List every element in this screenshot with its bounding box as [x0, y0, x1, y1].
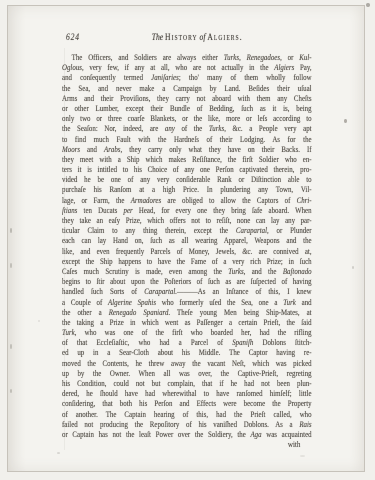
text-segment: and conſequently termed — [62, 72, 151, 82]
text-segment: ; tho' many of them wholly follow — [179, 72, 312, 82]
text-segment: dered, he ſhould have had wherewithal to… — [62, 388, 312, 398]
text-line: only two or three coarſe Blankets, or th… — [62, 113, 312, 123]
text-segment: the other a — [62, 307, 109, 317]
text-segment: failed not producing the Repoſitory of h… — [62, 419, 299, 429]
text-segment: Chri- — [297, 195, 312, 205]
text-segment: Turks — [209, 123, 224, 133]
text-line: or Captain has not the leaſt Power over … — [62, 429, 312, 439]
text-segment: Arms and their Proviſions, they carry no… — [62, 93, 312, 103]
text-segment: &c. — [242, 246, 252, 256]
text-segment: Renegado Spaniard — [109, 307, 169, 317]
ink-speck — [10, 344, 12, 349]
text-segment: and — [296, 297, 312, 307]
text-segment: up by the Owner. When all was over, the … — [62, 368, 312, 378]
text-line: Caſes much Scrutiny is made, even among … — [62, 266, 312, 276]
text-segment: handled ſuch Sorts of — [62, 286, 144, 296]
text-line: Oglous, very few, if any at all, who are… — [62, 62, 312, 72]
ink-speck — [352, 266, 354, 269]
text-segment: Aga — [250, 429, 261, 439]
text-segment: of that Eccleſiaſtic, who had a Parcel o… — [62, 337, 232, 347]
text-line: vided he be one of any very conſiderable… — [62, 174, 312, 184]
text-segment: Baſtonado — [283, 266, 312, 276]
text-segment: ſtians — [62, 205, 77, 215]
text-segment: Arabs — [104, 144, 121, 154]
text-segment: Algiers — [274, 62, 294, 72]
text-segment: Pay, — [294, 62, 311, 72]
text-segment: Head, for every one they bring ſafe aboa… — [133, 205, 312, 215]
ink-speck — [38, 320, 40, 322]
text-line: begins to ſtir about upon the Poſteriors… — [62, 276, 312, 286]
text-segment: any — [165, 123, 175, 133]
text-segment: ticular Claim to any thing therein, exce… — [62, 225, 236, 235]
text-line: to find much Fault with the Hardneſs of … — [62, 134, 312, 144]
ink-speck — [10, 228, 12, 233]
text-segment: , very few, if any at all, who are not a… — [82, 62, 274, 72]
text-segment: and — [80, 144, 104, 154]
text-line: Moors and Arabs, they carry only what th… — [62, 144, 312, 154]
text-line: purchaſe his Ranſom at a high Price. In … — [62, 184, 312, 194]
text-segment: Algerine Spahis — [108, 297, 156, 307]
text-segment: a Couple of — [62, 297, 108, 307]
text-line: each can lay Hand on, ſuch as all wearin… — [62, 235, 312, 245]
page-header: 624 The History of Algiers. — [62, 33, 312, 47]
text-segment: Renegadoes — [247, 52, 280, 62]
text-segment: begins to ſtir about upon the Poſteriors… — [62, 276, 312, 286]
text-segment: ed up in a Sear-Cloth about his Middle. … — [62, 347, 312, 357]
ink-speck — [57, 452, 60, 454]
body-text-block: The Officers, and Soldiers are always ei… — [62, 52, 312, 439]
text-segment: of the — [175, 123, 209, 133]
text-segment: Turks — [224, 52, 239, 62]
text-segment: History — [165, 33, 198, 43]
text-line: the Sea, and never make a Campaign by La… — [62, 83, 312, 93]
text-segment: Doblons ſtitch- — [253, 337, 311, 347]
text-segment: , or — [280, 52, 299, 62]
text-segment: of — [198, 33, 208, 43]
ink-speck — [300, 455, 305, 457]
catchword: with — [62, 439, 312, 450]
text-segment: , — [239, 52, 247, 62]
page-title: The History of Algiers. — [107, 33, 288, 43]
text-line: handled ſuch Sorts of Carapartal.———As a… — [62, 286, 312, 296]
text-segment: lage, or Farm, the — [62, 195, 131, 205]
text-line: or other Lumber, except their Bundle of … — [62, 103, 312, 113]
ink-speck — [10, 263, 12, 268]
text-segment: they take an eaſy Prize, which offers no… — [62, 215, 312, 225]
ink-speck — [366, 3, 370, 7]
text-segment: . Theſe young Men being Ship-Mates, at — [168, 307, 311, 317]
text-line: ſtians ten Ducats per Head, for every on… — [62, 205, 312, 215]
text-segment: each can lay Hand on, ſuch as all wearin… — [62, 235, 312, 245]
text-segment: they meet with a Ship which makes Reſiſt… — [62, 154, 312, 164]
text-line: conſidering, that both his Perſon and Ef… — [62, 398, 312, 408]
text-segment: Caſes much Scrutiny is made, even among … — [62, 266, 228, 276]
text-segment: Oglous — [62, 62, 82, 72]
text-segment: Janiſaries — [151, 72, 179, 82]
text-segment: purchaſe his Ranſom at a high Price. In … — [62, 184, 312, 194]
text-segment: The Officers, and Soldiers are always ei… — [72, 52, 224, 62]
text-segment: , and the — [244, 266, 283, 276]
text-line: they take an eaſy Prize, which offers no… — [62, 215, 312, 225]
text-segment: or other Lumber, except their Bundle of … — [62, 103, 312, 113]
text-segment: Carapartal — [236, 225, 267, 235]
text-segment: the Seaſon: Nor, indeed, are — [62, 123, 165, 133]
text-line: up by the Owner. When all was over, the … — [62, 368, 312, 378]
text-segment: the taking a Prize in which went as Paſſ… — [62, 317, 312, 327]
text-line: the other a Renegado Spaniard. Theſe you… — [62, 307, 312, 317]
text-segment: Turk — [62, 327, 75, 337]
text-segment: Turks — [228, 266, 243, 276]
text-segment: , who was one of the firſt who boarded h… — [75, 327, 312, 337]
text-segment: Algiers. — [207, 33, 242, 43]
text-segment: per — [124, 205, 133, 215]
text-line: the Seaſon: Nor, indeed, are any of the … — [62, 123, 312, 133]
text-segment: Turk — [283, 297, 296, 307]
text-segment: are connived at, — [252, 246, 311, 256]
text-line: moved the Contents, he threw away the va… — [62, 358, 312, 368]
text-line: failed not producing the Repoſitory of h… — [62, 419, 312, 429]
ink-speck — [344, 119, 347, 123]
text-segment: , &c. a People very apt — [224, 123, 311, 133]
text-segment: Moors — [62, 144, 80, 154]
text-segment: Armadores — [131, 195, 161, 205]
text-line: his Condition, could not but complain, t… — [62, 378, 312, 388]
text-line: Turk, who was one of the firſt who board… — [62, 327, 312, 337]
text-segment: Kul- — [299, 52, 311, 62]
text-segment: moved the Contents, he threw away the va… — [62, 358, 312, 368]
text-segment: like, and even frequently Parcels of Mon… — [62, 246, 242, 256]
text-line: they meet with a Ship which makes Reſiſt… — [62, 154, 312, 164]
text-segment: or Captain has not the leaſt Power over … — [62, 429, 250, 439]
text-line: ed up in a Sear-Cloth about his Middle. … — [62, 347, 312, 357]
text-segment: conſidering, that both his Perſon and Ef… — [62, 398, 312, 408]
text-segment: except the Ship happens to have the Fame… — [62, 256, 312, 266]
text-segment: to find much Fault with the Hardneſs of … — [62, 134, 312, 144]
text-segment: his Condition, could not but complain, t… — [62, 378, 312, 388]
text-line: of that Eccleſiaſtic, who had a Parcel o… — [62, 337, 312, 347]
text-segment: vided he be one of any very conſiderable… — [62, 174, 312, 184]
text-segment: Carapartal. — [144, 286, 177, 296]
text-line: The Officers, and Soldiers are always ei… — [62, 52, 312, 62]
text-segment: of another. The Captain hearing of this,… — [62, 409, 312, 419]
text-segment: Spaniſh — [232, 337, 253, 347]
text-line: the taking a Prize in which went as Paſſ… — [62, 317, 312, 327]
text-segment: are obliged to allow the Captors of — [161, 195, 296, 205]
text-segment: , or Plunder — [267, 225, 312, 235]
text-line: ticular Claim to any thing therein, exce… — [62, 225, 312, 235]
text-line: a Couple of Algerine Spahis who formerly… — [62, 297, 312, 307]
text-line: dered, he ſhould have had wherewithal to… — [62, 388, 312, 398]
text-segment: Rais — [299, 419, 311, 429]
text-segment: , they carry only what they have on thei… — [120, 144, 311, 154]
text-segment: was acquainted — [262, 429, 312, 439]
text-line: lage, or Farm, the Armadores are obliged… — [62, 195, 312, 205]
text-segment: the Sea, and never make a Campaign by La… — [62, 83, 312, 93]
text-segment: ten Ducats — [77, 205, 123, 215]
text-line: of another. The Captain hearing of this,… — [62, 409, 312, 419]
text-line: and conſequently termed Janiſaries; tho'… — [62, 72, 312, 82]
text-segment: ters it is intitled to his Choice of any… — [62, 164, 312, 174]
text-line: Arms and their Proviſions, they carry no… — [62, 93, 312, 103]
text-segment: The — [152, 33, 165, 43]
ink-speck — [10, 389, 12, 393]
text-line: except the Ship happens to have the Fame… — [62, 256, 312, 266]
text-segment: ———As an Inſtance of this, I knew — [177, 286, 312, 296]
text-line: like, and even frequently Parcels of Mon… — [62, 246, 312, 256]
text-segment: who formerly uſed the Sea, one a — [156, 297, 283, 307]
text-segment: only two or three coarſe Blankets, or th… — [62, 113, 312, 123]
text-column: 624 The History of Algiers. The Officers… — [62, 33, 312, 450]
page-number: 624 — [62, 33, 107, 43]
text-line: ters it is intitled to his Choice of any… — [62, 164, 312, 174]
